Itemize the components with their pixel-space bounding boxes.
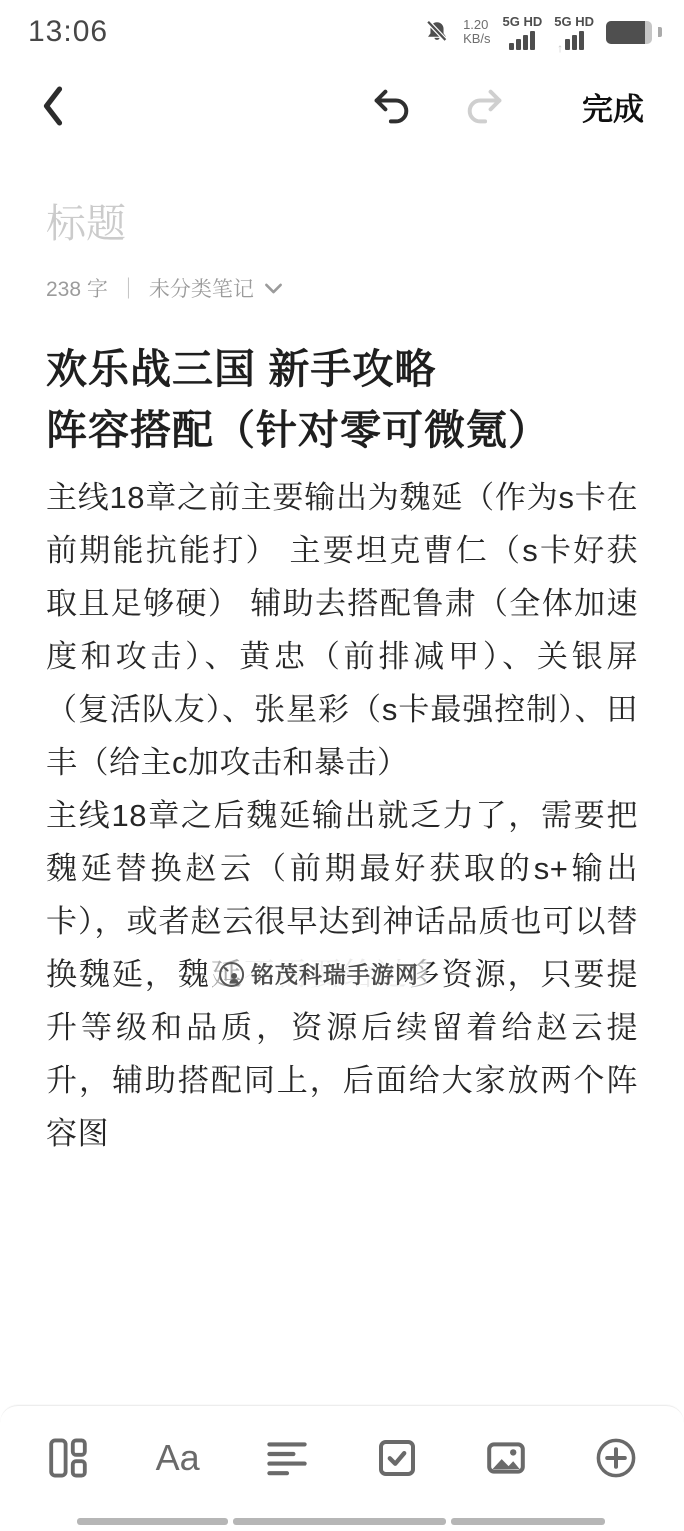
add-button[interactable]	[590, 1432, 642, 1484]
carrier1-label: 5G HD	[503, 14, 543, 29]
note-body-editor[interactable]: 主线18章之前主要输出为魏延（作为s卡在前期能抗能打） 主要坦克曹仁（s卡好获取…	[46, 471, 638, 1160]
heading-line-1: 欢乐战三国 新手攻略	[46, 339, 638, 400]
carrier2-label: 5G HD	[554, 14, 594, 29]
undo-icon	[370, 84, 414, 128]
text-format-button[interactable]: Aa	[152, 1432, 204, 1484]
notification-muted-icon	[423, 18, 451, 46]
signal-bars-1-icon	[509, 31, 535, 50]
network-speed: 1.20 KB/s	[463, 18, 490, 45]
bottom-divider-segments	[77, 1518, 605, 1525]
note-content: 标题 238 字 ｜ 未分类笔记 欢乐战三国 新手攻略 阵容搭配（针对零可微氪）…	[0, 154, 684, 1160]
char-count: 238 字	[46, 273, 108, 303]
checkbox-icon	[373, 1434, 421, 1482]
heading-line-2: 阵容搭配（针对零可微氪）	[46, 400, 638, 461]
faded-text: 不需要给过	[244, 957, 409, 992]
editor-toolbar: Aa	[0, 1405, 684, 1531]
back-button[interactable]	[40, 85, 66, 127]
paragraph-1: 主线18章之前主要输出为魏延（作为s卡在前期能抗能打） 主要坦克曹仁（s卡好获取…	[46, 471, 638, 789]
battery-icon	[606, 21, 658, 44]
redo-button[interactable]	[456, 78, 512, 134]
meta-divider: ｜	[116, 273, 141, 303]
network-speed-unit: KB/s	[463, 32, 490, 46]
checklist-button[interactable]	[371, 1432, 423, 1484]
editor-nav-bar: 完成	[0, 58, 684, 154]
signal-sim2: 5G HD ↑	[554, 14, 594, 50]
plus-circle-icon	[592, 1434, 640, 1482]
paragraph-align-button[interactable]	[261, 1432, 313, 1484]
align-lines-icon	[263, 1434, 311, 1482]
template-layout-icon	[44, 1434, 92, 1482]
note-heading: 欢乐战三国 新手攻略 阵容搭配（针对零可微氪）	[46, 339, 638, 461]
note-meta-row: 238 字 ｜ 未分类笔记	[46, 273, 638, 303]
template-button[interactable]	[42, 1432, 94, 1484]
category-selector[interactable]: 未分类笔记	[149, 273, 254, 303]
undo-button[interactable]	[364, 78, 420, 134]
status-bar: 13:06 1.20 KB/s 5G HD 5G HD ↑	[0, 0, 684, 58]
network-speed-value: 1.20	[463, 18, 488, 32]
chevron-down-icon[interactable]	[264, 282, 283, 295]
watermark-anchor: 不需要给过铭茂科瑞手游网	[244, 957, 409, 992]
done-button[interactable]: 完成	[582, 84, 644, 129]
title-input[interactable]: 标题	[46, 192, 638, 249]
image-icon	[482, 1434, 530, 1482]
paragraph-2: 主线18章之后魏延输出就乏力了，需要把魏延替换赵云（前期最好获取的s+输出卡），…	[46, 789, 638, 1160]
signal-sim1: 5G HD	[503, 14, 543, 50]
note-editor-screen: 13:06 1.20 KB/s 5G HD 5G HD ↑	[0, 0, 684, 1531]
signal-bars-2-icon: ↑	[557, 31, 591, 50]
clock: 13:06	[28, 15, 108, 49]
status-icons: 1.20 KB/s 5G HD 5G HD ↑	[423, 14, 658, 50]
text-format-icon: Aa	[156, 1440, 200, 1476]
chevron-left-icon	[40, 85, 66, 127]
redo-icon	[462, 84, 506, 128]
insert-image-button[interactable]	[480, 1432, 532, 1484]
